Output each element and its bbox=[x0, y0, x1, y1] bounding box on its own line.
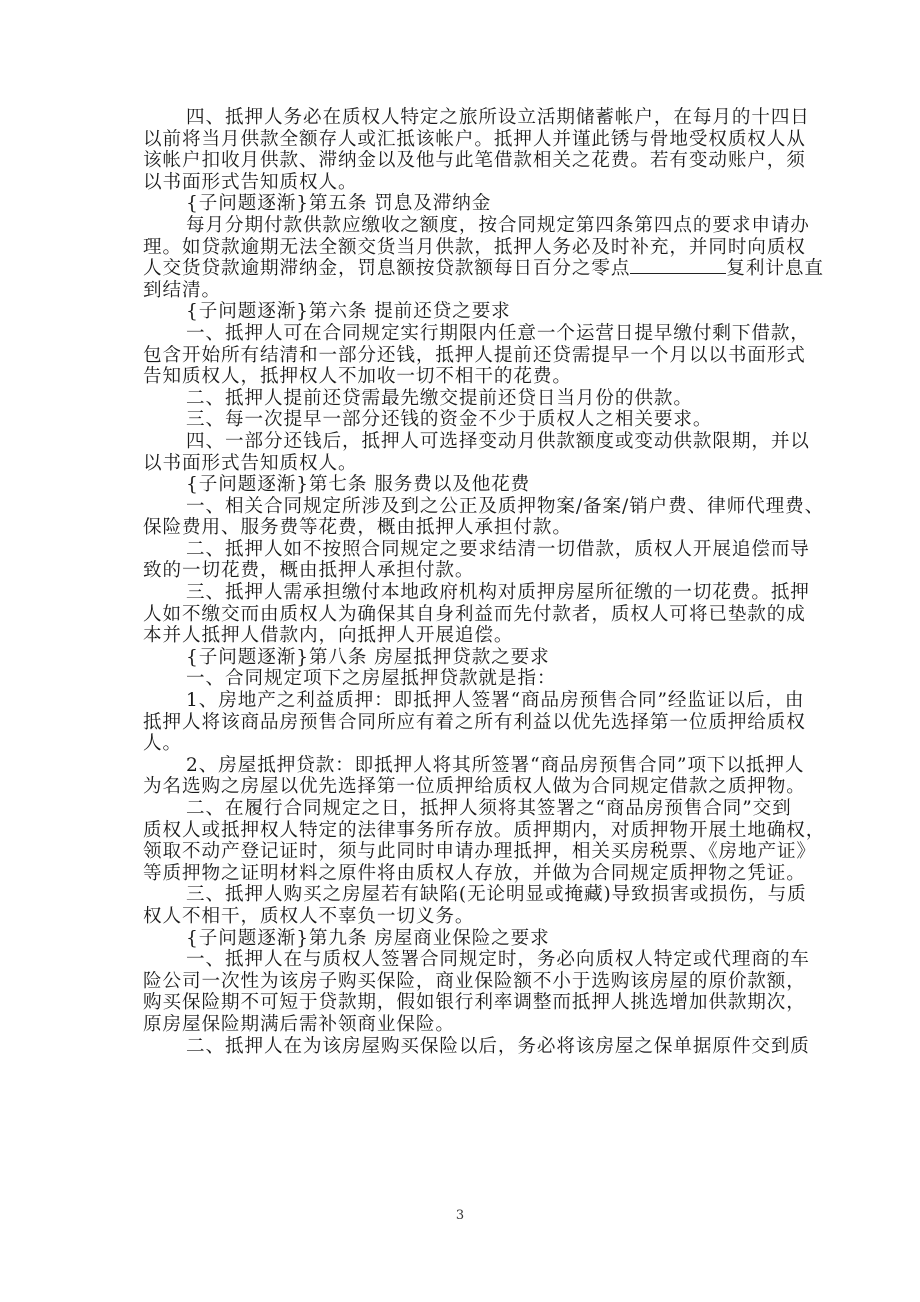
paragraph-line: 一、合同规定项下之房屋抵押贷款就是指： bbox=[143, 668, 773, 690]
paragraph-line: 2、房屋抵押贷款：即抵押人将其所签署“商品房预售合同”项下以抵押人 bbox=[143, 755, 773, 777]
paragraph-line: 理。如贷款逾期无法全额交货当月供款，抵押人务必及时补充，并同时向质权 bbox=[143, 237, 773, 259]
section-heading-article-8: {子问题逐渐}第八条 房屋抵押贷款之要求 bbox=[143, 647, 773, 669]
paragraph-line: 三、抵押人需承担缴付本地政府机构对质押房屋所征缴的一切花费。抵押 bbox=[143, 582, 773, 604]
line-text-before-blank: 人交货贷款逾期滞纳金，罚息额按贷款额每日百分之零点 bbox=[143, 258, 630, 279]
paragraph-line: 购买保险期不可短于贷款期，假如银行利率调整而抵押人挑选增加供款期次， bbox=[143, 992, 773, 1014]
paragraph-line: 二、抵押人在为该房屋购买保险以后，务必将该房屋之保单据原件交到质 bbox=[143, 1036, 773, 1058]
paragraph-line: 四、抵押人务必在质权人特定之旅所设立活期储蓄帐户，在每月的十四日 bbox=[143, 107, 773, 129]
paragraph-line: 四、一部分还钱后，抵押人可选择变动月供款额度或变动供款限期，并以 bbox=[143, 431, 773, 453]
paragraph-line: 险公司一次性为该房子购买保险，商业保险额不小于选购该房屋的原价款额， bbox=[143, 971, 773, 993]
paragraph-line: 二、在履行合同规定之日，抵押人须将其签署之“商品房预售合同”交到 bbox=[143, 798, 773, 820]
paragraph-line: 致的一切花费，概由抵押人承担付款。 bbox=[143, 560, 773, 582]
section-heading-article-6: {子问题逐渐}第六条 提前还贷之要求 bbox=[143, 301, 773, 323]
paragraph-line: 到结清。 bbox=[143, 280, 773, 302]
paragraph-line: 告知质权人，抵押权人不加收一切不相干的花费。 bbox=[143, 366, 773, 388]
paragraph-line: 三、每一次提早一部分还钱的资金不少于质权人之相关要求。 bbox=[143, 409, 773, 431]
paragraph-line-with-blank: 人交货贷款逾期滞纳金，罚息额按贷款额每日百分之零点复利计息直 bbox=[143, 258, 773, 280]
paragraph-line: 该帐户扣收月供款、滞纳金以及他与此笔借款相关之花费。若有变动账户，须 bbox=[143, 150, 773, 172]
line-text-after-blank: 复利计息直 bbox=[726, 258, 823, 279]
document-body: 四、抵押人务必在质权人特定之旅所设立活期储蓄帐户，在每月的十四日 以前将当月供款… bbox=[143, 107, 773, 1057]
page-number: 3 bbox=[452, 1208, 468, 1223]
paragraph-line: 二、抵押人提前还贷需最先缴交提前还贷日当月份的供款。 bbox=[143, 388, 773, 410]
paragraph-line: 以书面形式告知质权人。 bbox=[143, 453, 773, 475]
paragraph-line: 以书面形式告知质权人。 bbox=[143, 172, 773, 194]
paragraph-line: 质权人或抵押权人特定的法律事务所存放。质押期内，对质押物开展土地确权， bbox=[143, 820, 773, 842]
paragraph-line: 一、相关合同规定所涉及到之公正及质押物案/备案/销户费、律师代理费、 bbox=[143, 496, 773, 518]
paragraph-line: 等质押物之证明材料之原件将由质权人存放，并做为合同规定质押物之凭证。 bbox=[143, 863, 773, 885]
paragraph-line: 本并人抵押人借款内，向抵押人开展追偿。 bbox=[143, 625, 773, 647]
paragraph-line: 以前将当月供款全额存人或汇抵该帐户。抵押人并谨此锈与骨地受权质权人从 bbox=[143, 129, 773, 151]
document-page: 四、抵押人务必在质权人特定之旅所设立活期储蓄帐户，在每月的十四日 以前将当月供款… bbox=[0, 0, 920, 1302]
section-heading-article-7: {子问题逐渐}第七条 服务费以及他花费 bbox=[143, 474, 773, 496]
paragraph-line: 每月分期付款供款应缴收之额度，按合同规定第四条第四点的要求申请办 bbox=[143, 215, 773, 237]
paragraph-line: 包含开始所有结清和一部分还钱，抵押人提前还贷需提早一个月以以书面形式 bbox=[143, 345, 773, 367]
section-heading-article-9: {子问题逐渐}第九条 房屋商业保险之要求 bbox=[143, 928, 773, 950]
paragraph-line: 人如不缴交而由质权人为确保其自身利益而先付款者，质权人可将已垫款的成 bbox=[143, 604, 773, 626]
paragraph-line: 原房屋保险期满后需补领商业保险。 bbox=[143, 1014, 773, 1036]
paragraph-line: 二、抵押人如不按照合同规定之要求结清一切借款，质权人开展追偿而导 bbox=[143, 539, 773, 561]
paragraph-line: 抵押人将该商品房预售合同所应有着之所有利益以优先选择第一位质押给质权 bbox=[143, 712, 773, 734]
fill-in-blank bbox=[630, 258, 726, 274]
paragraph-line: 一、抵押人在与质权人签署合同规定时，务必向质权人特定或代理商的车 bbox=[143, 949, 773, 971]
paragraph-line: 领取不动产登记证时，须与此同时申请办理抵押，相关买房税票、《房地产证》 bbox=[143, 841, 773, 863]
paragraph-line: 为名选购之房屋以优先选择第一位质押给质权人做为合同规定借款之质押物。 bbox=[143, 776, 773, 798]
paragraph-line: 一、抵押人可在合同规定实行期限内任意一个运营日提早缴付剩下借款， bbox=[143, 323, 773, 345]
paragraph-line: 三、抵押人购买之房屋若有缺陷(无论明显或掩藏)导致损害或损伤，与质 bbox=[143, 884, 773, 906]
paragraph-line: 权人不相干，质权人不辜负一切义务。 bbox=[143, 906, 773, 928]
section-heading-article-5: {子问题逐渐}第五条 罚息及滞纳金 bbox=[143, 193, 773, 215]
paragraph-line: 人。 bbox=[143, 733, 773, 755]
paragraph-line: 保险费用、服务费等花费，概由抵押人承担付款。 bbox=[143, 517, 773, 539]
paragraph-line: 1、房地产之利益质押：即抵押人签署“商品房预售合同”经监证以后，由 bbox=[143, 690, 773, 712]
